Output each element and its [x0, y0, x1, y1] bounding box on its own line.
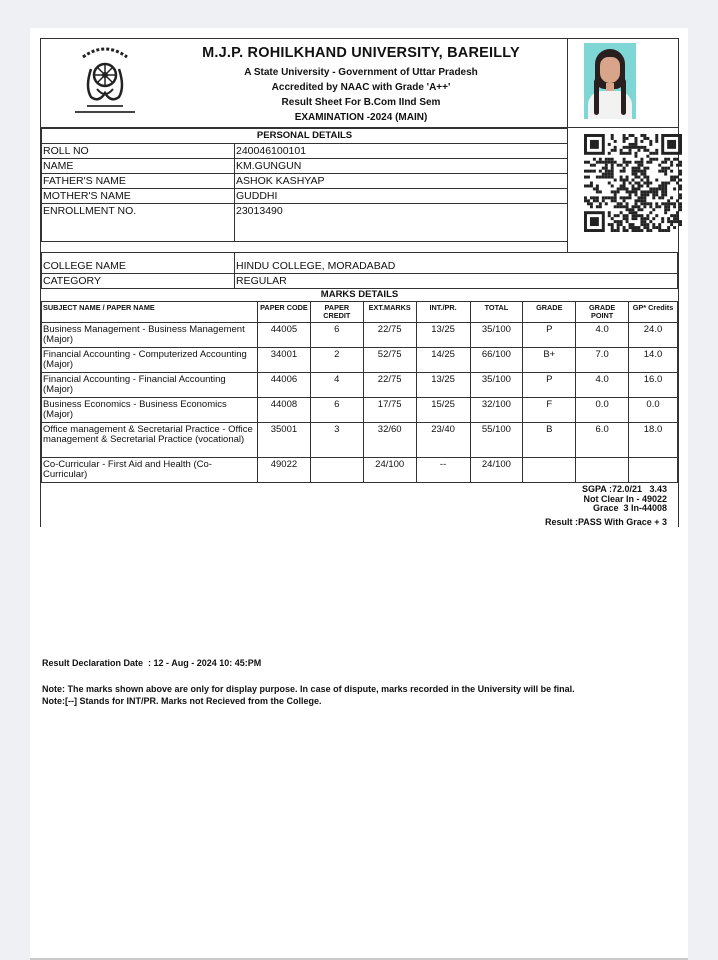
cell-grade — [523, 458, 576, 483]
cell-gpc — [629, 458, 678, 483]
cell-gp: 4.0 — [576, 323, 629, 348]
cell-code: 44006 — [258, 373, 311, 398]
field-college-name: COLLEGE NAMEHINDU COLLEGE, MORADABAD — [42, 253, 678, 274]
field-enrollment-no: ENROLLMENT NO.23013490 — [42, 204, 568, 242]
cell-code: 35001 — [258, 423, 311, 458]
field-mother-name: MOTHER'S NAMEGUDDHI — [42, 189, 568, 204]
subject-name: Financial Accounting - Financial Account… — [42, 373, 258, 398]
cell-ext: 32/60 — [363, 423, 416, 458]
cell-grade: F — [523, 398, 576, 423]
cell-ext: 24/100 — [363, 458, 416, 483]
sheet-title: Result Sheet For B.Com IInd Sem — [141, 95, 581, 110]
qr-cell — [567, 128, 678, 252]
university-name: M.J.P. ROHILKHAND UNIVERSITY, BAREILLY — [141, 45, 581, 61]
personal-details-table: PERSONAL DETAILS ROLL NO240046100101 NAM… — [41, 128, 568, 242]
personal-details: PERSONAL DETAILS ROLL NO240046100101 NAM… — [41, 128, 678, 253]
cell-code: 34001 — [258, 348, 311, 373]
accreditation: Accredited by NAAC with Grade 'A++' — [141, 80, 581, 95]
cell-code: 44008 — [258, 398, 311, 423]
final-result: Result :PASS With Grace + 3 — [41, 518, 667, 528]
cell-grade: P — [523, 373, 576, 398]
cell-total: 32/100 — [470, 398, 523, 423]
cell-gpc: 18.0 — [629, 423, 678, 458]
cell-int: 13/25 — [416, 323, 470, 348]
cell-gpc: 14.0 — [629, 348, 678, 373]
cell-credit: 3 — [310, 423, 363, 458]
cell-credit — [310, 458, 363, 483]
cell-int: 23/40 — [416, 423, 470, 458]
result-summary: SGPA :72.0/21 3.43 Not Clear In - 49022 … — [41, 485, 678, 527]
cell-int: 15/25 — [416, 398, 470, 423]
cell-ext: 52/75 — [363, 348, 416, 373]
cell-total: 55/100 — [470, 423, 523, 458]
cell-credit: 6 — [310, 398, 363, 423]
note-int-pr: Note:[--] Stands for INT/PR. Marks not R… — [42, 695, 575, 707]
university-emblem-icon — [69, 43, 141, 119]
university-subtitle: A State University - Government of Uttar… — [141, 65, 581, 80]
cell-code: 49022 — [258, 458, 311, 483]
note-display-purpose: Note: The marks shown above are only for… — [42, 683, 575, 695]
cell-grade: B — [523, 423, 576, 458]
marks-row: Business Economics - Business Economics … — [42, 398, 678, 423]
result-declaration-date: Result Declaration Date : 12 - Aug - 202… — [42, 658, 261, 668]
marks-row: Office management & Secretarial Practice… — [42, 423, 678, 458]
cell-int: -- — [416, 458, 470, 483]
result-frame: M.J.P. ROHILKHAND UNIVERSITY, BAREILLY A… — [40, 38, 679, 527]
cell-credit: 6 — [310, 323, 363, 348]
marks-row: Business Management - Business Managemen… — [42, 323, 678, 348]
header-titles: M.J.P. ROHILKHAND UNIVERSITY, BAREILLY A… — [141, 45, 581, 125]
not-clear-in: Not Clear In - 49022 — [41, 495, 667, 505]
subject-name: Co-Curricular - First Aid and Health (Co… — [42, 458, 258, 483]
cell-credit: 2 — [310, 348, 363, 373]
sgpa: SGPA :72.0/21 3.43 — [41, 485, 667, 495]
cell-total: 35/100 — [470, 323, 523, 348]
cell-ext: 22/75 — [363, 373, 416, 398]
header: M.J.P. ROHILKHAND UNIVERSITY, BAREILLY A… — [41, 39, 678, 128]
result-sheet: M.J.P. ROHILKHAND UNIVERSITY, BAREILLY A… — [30, 28, 688, 960]
qr-code-icon — [584, 134, 682, 232]
field-name: NAMEKM.GUNGUN — [42, 159, 568, 174]
cell-gp: 7.0 — [576, 348, 629, 373]
subject-name: Business Management - Business Managemen… — [42, 323, 258, 348]
cell-grade: P — [523, 323, 576, 348]
field-father-name: FATHER'S NAMEASHOK KASHYAP — [42, 174, 568, 189]
grace: Grace 3 In-44008 — [41, 504, 667, 514]
cell-gpc: 16.0 — [629, 373, 678, 398]
marks-header-row: SUBJECT NAME / PAPER NAME PAPER CODE PAP… — [42, 302, 678, 323]
college-details-table: COLLEGE NAMEHINDU COLLEGE, MORADABAD CAT… — [41, 253, 678, 289]
examination: EXAMINATION -2024 (MAIN) — [141, 110, 581, 125]
marks-row: Financial Accounting - Financial Account… — [42, 373, 678, 398]
cell-total: 35/100 — [470, 373, 523, 398]
cell-gp: 0.0 — [576, 398, 629, 423]
subject-name: Financial Accounting - Computerized Acco… — [42, 348, 258, 373]
cell-total: 66/100 — [470, 348, 523, 373]
cell-gp: 4.0 — [576, 373, 629, 398]
cell-grade: B+ — [523, 348, 576, 373]
cell-gpc: 0.0 — [629, 398, 678, 423]
student-photo — [584, 43, 636, 119]
cell-gpc: 24.0 — [629, 323, 678, 348]
cell-ext: 22/75 — [363, 323, 416, 348]
subject-name: Business Economics - Business Economics … — [42, 398, 258, 423]
marks-table: SUBJECT NAME / PAPER NAME PAPER CODE PAP… — [41, 301, 678, 483]
field-roll-no: ROLL NO240046100101 — [42, 144, 568, 159]
cell-code: 44005 — [258, 323, 311, 348]
subject-name: Office management & Secretarial Practice… — [42, 423, 258, 458]
field-category: CATEGORYREGULAR — [42, 274, 678, 289]
photo-cell — [567, 39, 678, 127]
marks-details-title: MARKS DETAILS — [41, 289, 678, 301]
cell-int: 13/25 — [416, 373, 470, 398]
cell-ext: 17/75 — [363, 398, 416, 423]
personal-details-title: PERSONAL DETAILS — [42, 129, 568, 144]
marks-row: Financial Accounting - Computerized Acco… — [42, 348, 678, 373]
cell-total: 24/100 — [470, 458, 523, 483]
cell-gp — [576, 458, 629, 483]
cell-int: 14/25 — [416, 348, 470, 373]
cell-credit: 4 — [310, 373, 363, 398]
marks-row: Co-Curricular - First Aid and Health (Co… — [42, 458, 678, 483]
notes: Note: The marks shown above are only for… — [42, 683, 575, 707]
cell-gp: 6.0 — [576, 423, 629, 458]
